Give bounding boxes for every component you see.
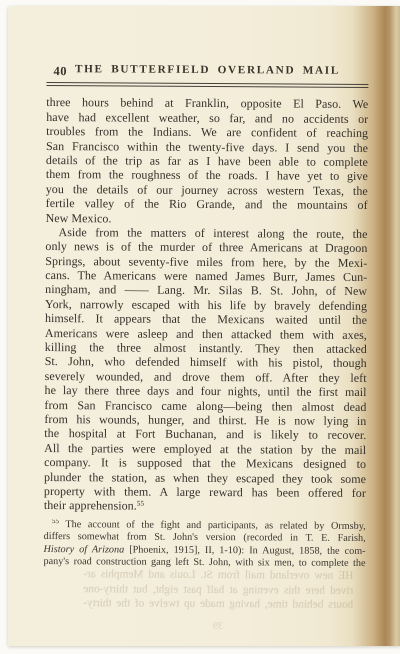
bleed-line: HE new overland mail from St. Louis and … (83, 567, 353, 583)
bleed-line: hours behind time, having made up twelve… (83, 596, 353, 612)
text-line: he lay there three days and four nights,… (45, 383, 367, 399)
book-title-italic: History of Arizona (44, 544, 125, 555)
page-paper: 40 THE BUTTERFIELD OVERLAND MAIL three h… (8, 6, 400, 646)
text-line: them from the roughness of the roads. I … (46, 167, 368, 183)
text-line: their apprehension. (44, 498, 137, 513)
bleed-lines: HE new overland mail from St. Louis and … (83, 567, 353, 612)
paragraph-2-last-line: their apprehension.55 (44, 498, 366, 514)
bleed-through-text: HE new overland mail from St. Louis and … (83, 567, 353, 632)
page-number: 40 (53, 64, 67, 79)
bleed-line: rived here this evening at half past eig… (83, 582, 353, 598)
bleed-page-number: 39 (83, 620, 353, 633)
text-line: himself. It appears that the Mexicans wa… (45, 311, 367, 327)
footnote-reference: 55 (137, 500, 144, 508)
paragraph-2: Aside from the matters of interest along… (44, 225, 368, 500)
body-text: three hours behind at Franklin, opposite… (43, 95, 368, 570)
running-head: 40 THE BUTTERFIELD OVERLAND MAIL (46, 63, 368, 81)
paragraph-1: three hours behind at Franklin, opposite… (46, 95, 369, 226)
text-line: fertile valley of the Rio Grande, and th… (46, 196, 368, 212)
footnote-text: [Phoenix, 1915], II, 1-10): In August, 1… (129, 544, 365, 556)
running-title: THE BUTTERFIELD OVERLAND MAIL (46, 63, 368, 77)
text-line: the hospital at Fort Buchanan, and is li… (44, 426, 366, 442)
footnote-marker: 55 (52, 519, 59, 525)
header-rule (46, 82, 368, 88)
text-line: company. It is supposed that the Mexican… (44, 455, 366, 471)
text-line: only news is of the murder of three Amer… (45, 239, 367, 255)
footnote: 55 The account of the fight and particip… (43, 519, 365, 571)
text-line: troubles from the Indians. We are confid… (46, 124, 368, 140)
book-page-scan: 40 THE BUTTERFIELD OVERLAND MAIL three h… (0, 0, 400, 654)
footnote-text: The account of the fight and participant… (65, 519, 365, 532)
page-content: 40 THE BUTTERFIELD OVERLAND MAIL three h… (43, 63, 368, 570)
